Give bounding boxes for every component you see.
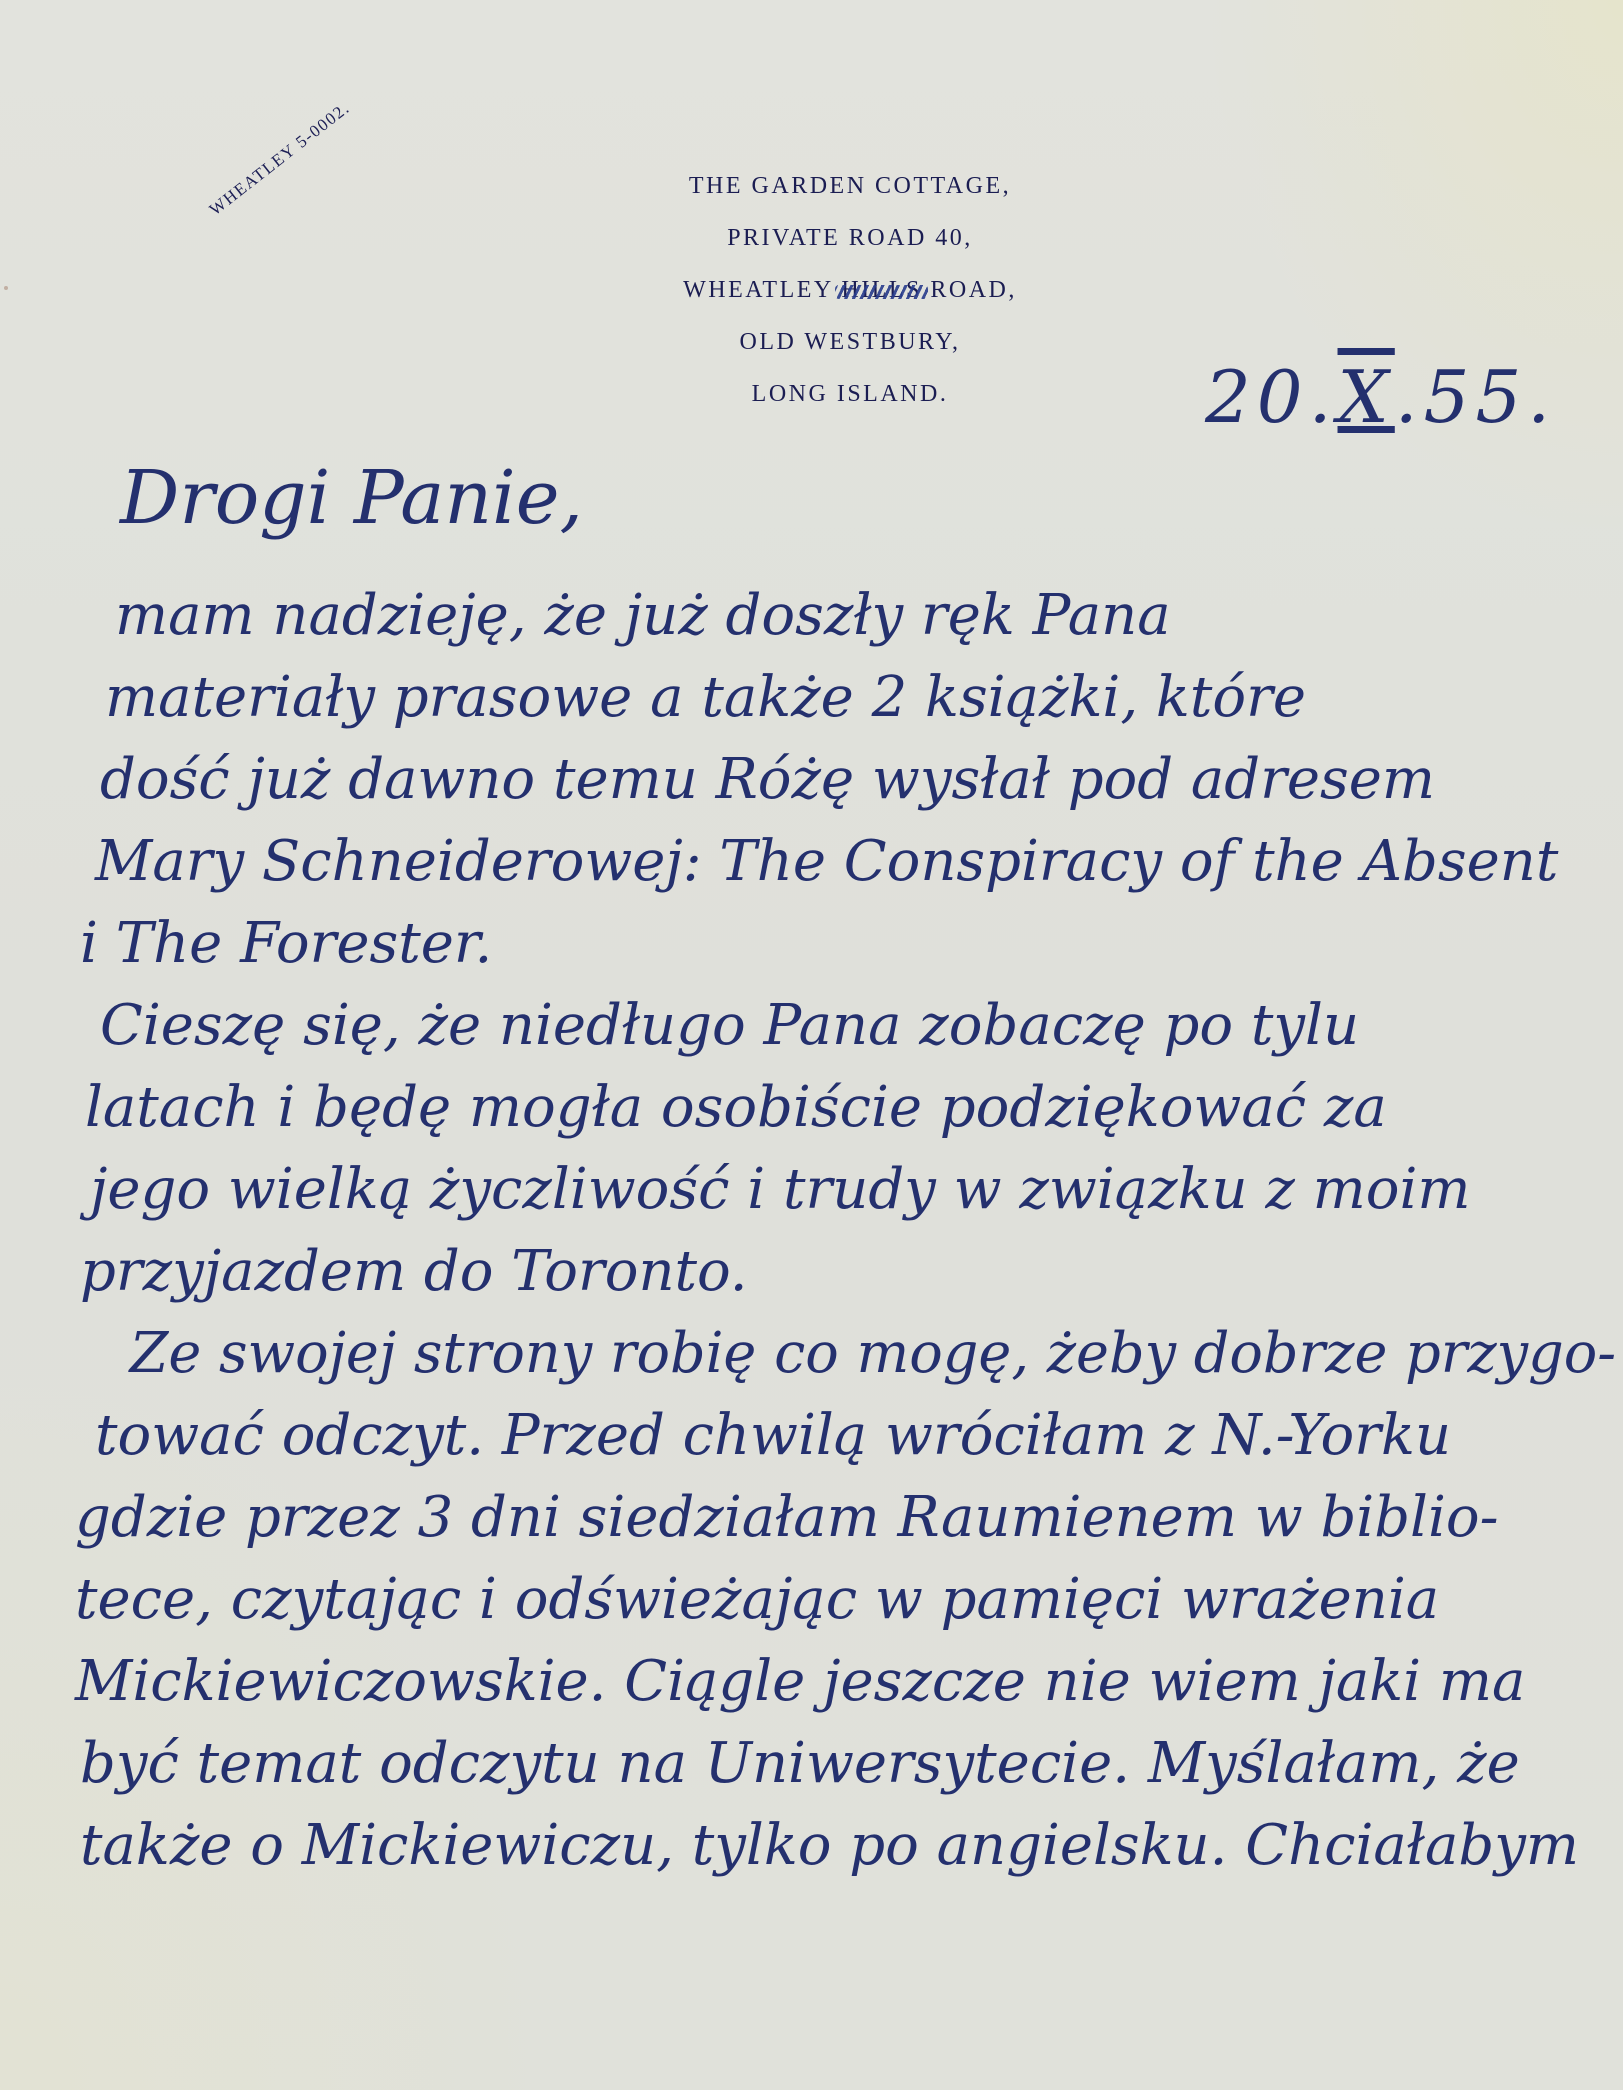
- body-line: gdzie przez 3 dni siedziałam Raumienem w…: [70, 1477, 1610, 1559]
- body-line: tować odczyt. Przed chwilą wróciłam z N.…: [70, 1395, 1610, 1477]
- body-line: być temat odczytu na Uniwersytecie. Myśl…: [70, 1723, 1610, 1805]
- date-day: 20.: [1205, 355, 1338, 439]
- letterhead-line-3-end: ROAD,: [930, 277, 1017, 303]
- letterhead-line-1: THE GARDEN COTTAGE,: [620, 160, 1080, 212]
- letter-page: WHEATLEY 5-0002. THE GARDEN COTTAGE, PRI…: [0, 0, 1623, 2090]
- struck-out-word: HILLS: [841, 264, 922, 316]
- letterhead-line-4: OLD WESTBURY,: [620, 316, 1080, 368]
- body-line: jego wielką życzliwość i trudy w związku…: [70, 1149, 1610, 1231]
- body-line: Ze swojej strony robię co mogę, żeby dob…: [70, 1313, 1601, 1395]
- letterhead-line-3: WHEATLEY HILLS ROAD,: [620, 264, 1080, 316]
- paper-speck: [4, 286, 8, 290]
- body-line: tece, czytając i odświeżając w pamięci w…: [70, 1559, 1610, 1641]
- salutation: Drogi Panie,: [120, 455, 583, 541]
- body-line: materiały prasowe a także 2 książki, któ…: [70, 657, 1610, 739]
- body-line: i The Forester.: [70, 903, 1610, 985]
- letterhead-line-5: LONG ISLAND.: [620, 368, 1080, 420]
- letterhead-phone: WHEATLEY 5-0002.: [206, 98, 354, 220]
- letterhead-address: THE GARDEN COTTAGE, PRIVATE ROAD 40, WHE…: [620, 160, 1080, 420]
- body-line: przyjazdem do Toronto.: [70, 1231, 1610, 1313]
- body-line: latach i będę mogła osobiście podziękowa…: [70, 1067, 1610, 1149]
- body-line: mam nadzieję, że już doszły ręk Pana: [70, 575, 1610, 657]
- body-line: Cieszę się, że niedługo Pana zobaczę po …: [70, 985, 1610, 1067]
- date-year: .55.: [1395, 355, 1556, 439]
- handwritten-date: 20.X.55.: [1205, 355, 1556, 439]
- body-line: dość już dawno temu Różę wysłał pod adre…: [70, 739, 1610, 821]
- letter-body: mam nadzieję, że już doszły ręk Pana mat…: [70, 575, 1610, 1887]
- body-line: Mickiewiczowskie. Ciągle jeszcze nie wie…: [70, 1641, 1610, 1723]
- date-month: X: [1338, 355, 1395, 439]
- letterhead-line-3-start: WHEATLEY: [683, 277, 833, 303]
- letterhead-line-2: PRIVATE ROAD 40,: [620, 212, 1080, 264]
- body-line: także o Mickiewiczu, tylko po angielsku.…: [70, 1805, 1610, 1887]
- body-line: Mary Schneiderowej: The Conspiracy of th…: [70, 821, 1610, 903]
